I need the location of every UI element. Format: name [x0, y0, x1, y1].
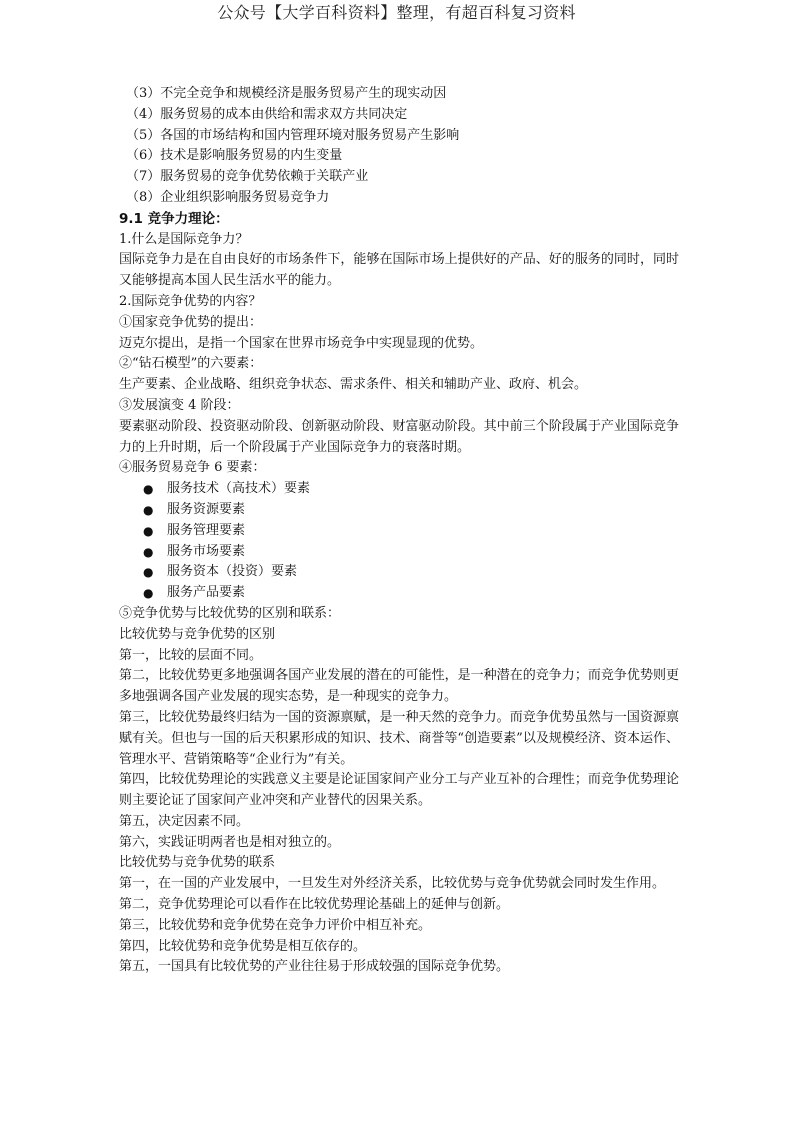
- bullet-icon: ●: [143, 500, 153, 521]
- bullet-text: 服务市场要素: [167, 544, 245, 559]
- bullet-text: 服务技术（高技术）要素: [167, 481, 310, 496]
- point-3-title: ③发展演变 4 阶段：: [119, 396, 679, 417]
- list-item-6: （6）技术是影响服务贸易的内生变量: [119, 146, 679, 167]
- relation-item: 第二，竞争优势理论可以看作在比较优势理论基础上的延伸与创新。: [119, 895, 679, 916]
- bullet-icon: ●: [143, 521, 153, 542]
- relation-item: 第三，比较优势和竞争优势在竞争力评价中相互补充。: [119, 916, 679, 937]
- question-2: 2.国际竞争优势的内容？: [119, 292, 679, 313]
- bullet-icon: ●: [143, 542, 153, 563]
- point-2-text: 生产要素、企业战略、组织竞争状态、需求条件、相关和辅助产业、政府、机会。: [119, 375, 679, 396]
- bullet-item: ●服务资本（投资）要素: [119, 562, 679, 583]
- question-1-answer: 国际竞争力是在自由良好的市场条件下，能够在国际市场上提供好的产品、好的服务的同时…: [119, 250, 679, 292]
- question-1: 1.什么是国际竞争力？: [119, 230, 679, 251]
- difference-item: 第五，决定因素不同。: [119, 812, 679, 833]
- bullet-text: 服务产品要素: [167, 585, 245, 600]
- point-1-text: 迈克尔提出，是指一个国家在世界市场竞争中实现显现的优势。: [119, 334, 679, 355]
- bullet-icon: ●: [143, 479, 153, 500]
- point-3-text: 要素驱动阶段、投资驱动阶段、创新驱动阶段、财富驱动阶段。其中前三个阶段属于产业国…: [119, 417, 679, 459]
- point-1-title: ①国家竞争优势的提出：: [119, 313, 679, 334]
- bullet-icon: ●: [143, 562, 153, 583]
- bullet-item: ●服务管理要素: [119, 521, 679, 542]
- bullet-text: 服务资源要素: [167, 502, 245, 517]
- section-heading: 9.1 竞争力理论：: [119, 209, 679, 230]
- point-5-title: ⑤竞争优势与比较优势的区别和联系：: [119, 604, 679, 625]
- point-4-title: ④服务贸易竞争 6 要素：: [119, 458, 679, 479]
- difference-item: 第二，比较优势更多地强调各国产业发展的潜在的可能性，是一种潜在的竞争力；而竞争优…: [119, 666, 679, 708]
- document-body: （3）不完全竞争和规模经济是服务贸易产生的现实动因 （4）服务贸易的成本由供给和…: [119, 84, 679, 978]
- bullet-item: ●服务市场要素: [119, 542, 679, 563]
- point-2-title: ②“钻石模型”的六要素：: [119, 354, 679, 375]
- list-item-5: （5）各国的市场结构和国内管理环境对服务贸易产生影响: [119, 126, 679, 147]
- difference-item: 第六，实践证明两者也是相对独立的。: [119, 833, 679, 854]
- bullet-icon: ●: [143, 583, 153, 604]
- bullet-item: ●服务资源要素: [119, 500, 679, 521]
- relation-item: 第一，在一国的产业发展中，一旦发生对外经济关系，比较优势与竞争优势就会同时发生作…: [119, 874, 679, 895]
- bullet-item: ●服务产品要素: [119, 583, 679, 604]
- difference-item: 第一，比较的层面不同。: [119, 646, 679, 667]
- list-item-7: （7）服务贸易的竞争优势依赖于关联产业: [119, 167, 679, 188]
- service-elements-list: ●服务技术（高技术）要素 ●服务资源要素 ●服务管理要素 ●服务市场要素 ●服务…: [119, 479, 679, 604]
- page-header: 公众号【大学百科资料】整理，有超百科复习资料: [0, 2, 793, 24]
- list-item-4: （4）服务贸易的成本由供给和需求双方共同决定: [119, 105, 679, 126]
- bullet-item: ●服务技术（高技术）要素: [119, 479, 679, 500]
- difference-title: 比较优势与竞争优势的区别: [119, 625, 679, 646]
- list-item-3: （3）不完全竞争和规模经济是服务贸易产生的现实动因: [119, 84, 679, 105]
- relation-title: 比较优势与竞争优势的联系: [119, 853, 679, 874]
- list-item-8: （8）企业组织影响服务贸易竞争力: [119, 188, 679, 209]
- relation-item: 第四，比较优势和竞争优势是相互依存的。: [119, 937, 679, 958]
- bullet-text: 服务资本（投资）要素: [167, 564, 297, 579]
- bullet-text: 服务管理要素: [167, 523, 245, 538]
- relation-item: 第五，一国具有比较优势的产业往往易于形成较强的国际竞争优势。: [119, 957, 679, 978]
- difference-item: 第四，比较优势理论的实践意义主要是论证国家间产业分工与产业互补的合理性；而竞争优…: [119, 770, 679, 812]
- difference-item: 第三，比较优势最终归结为一国的资源禀赋，是一种天然的竞争力。而竞争优势虽然与一国…: [119, 708, 679, 770]
